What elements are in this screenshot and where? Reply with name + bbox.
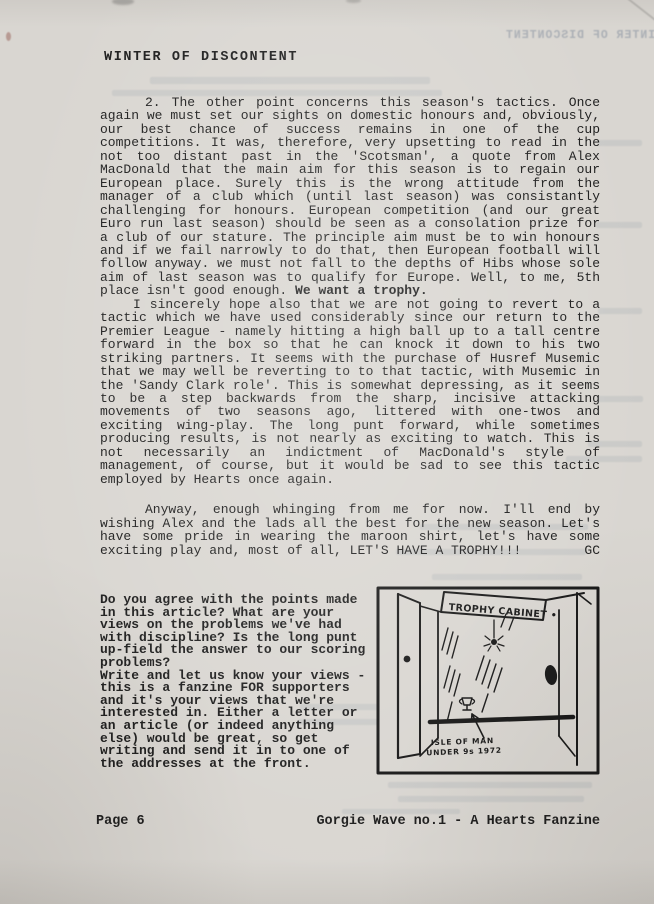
fanzine-page: WINTER OF DISCONTENT WINTER OF DISCONTEN…: [0, 0, 654, 904]
cartoon-caption-line2: UNDER 9s 1972: [426, 746, 502, 758]
page-footer: Page 6 Gorgie Wave no.1 - A Hearts Fanzi…: [96, 814, 600, 829]
reader-callout: Do you agree with the points made in thi…: [100, 594, 376, 770]
bleedthrough-line: [596, 222, 642, 228]
fanzine-title: Gorgie Wave no.1 - A Hearts Fanzine: [316, 814, 600, 829]
bleedthrough-line: [388, 782, 592, 788]
bleedthrough-title: WINTER OF DISCONTENT: [505, 29, 654, 42]
scan-smudge: [112, 0, 134, 5]
bleedthrough-line: [398, 796, 584, 802]
article-paragraph: Anyway, enough whinging from me for now.…: [100, 503, 600, 557]
bleedthrough-line: [598, 308, 642, 314]
article-title: WINTER OF DISCONTENT: [104, 50, 298, 65]
page-number: Page 6: [96, 814, 145, 829]
bleedthrough-line: [432, 574, 582, 580]
author-initials: GC: [539, 544, 600, 557]
trophy-cabinet-cartoon: TROPHY CABINET • ISLE OF MAN UNDER 9s 19…: [376, 586, 600, 776]
paragraph-text: 2. The other point concerns this season'…: [100, 95, 600, 298]
callout-paragraph: Write and let us know your views - this …: [100, 670, 376, 771]
scan-speck: [6, 32, 11, 41]
article-body: 2. The other point concerns this season'…: [100, 96, 600, 557]
page-corner-crease: [615, 0, 654, 22]
cartoon-drawing: TROPHY CABINET • ISLE OF MAN UNDER 9s 19…: [376, 586, 600, 776]
article-paragraph: 2. The other point concerns this season'…: [100, 96, 600, 298]
bleedthrough-line: [597, 396, 643, 402]
callout-paragraph: Do you agree with the points made in thi…: [100, 594, 376, 670]
scan-smudge: [346, 0, 361, 3]
bleedthrough-line: [150, 77, 430, 84]
paragraph-text: Anyway, enough whinging from me for now.…: [100, 502, 600, 557]
bleedthrough-line: [598, 140, 642, 146]
article-paragraph: I sincerely hope also that we are not go…: [100, 298, 600, 486]
paragraph-text: I sincerely hope also that we are not go…: [100, 297, 600, 487]
